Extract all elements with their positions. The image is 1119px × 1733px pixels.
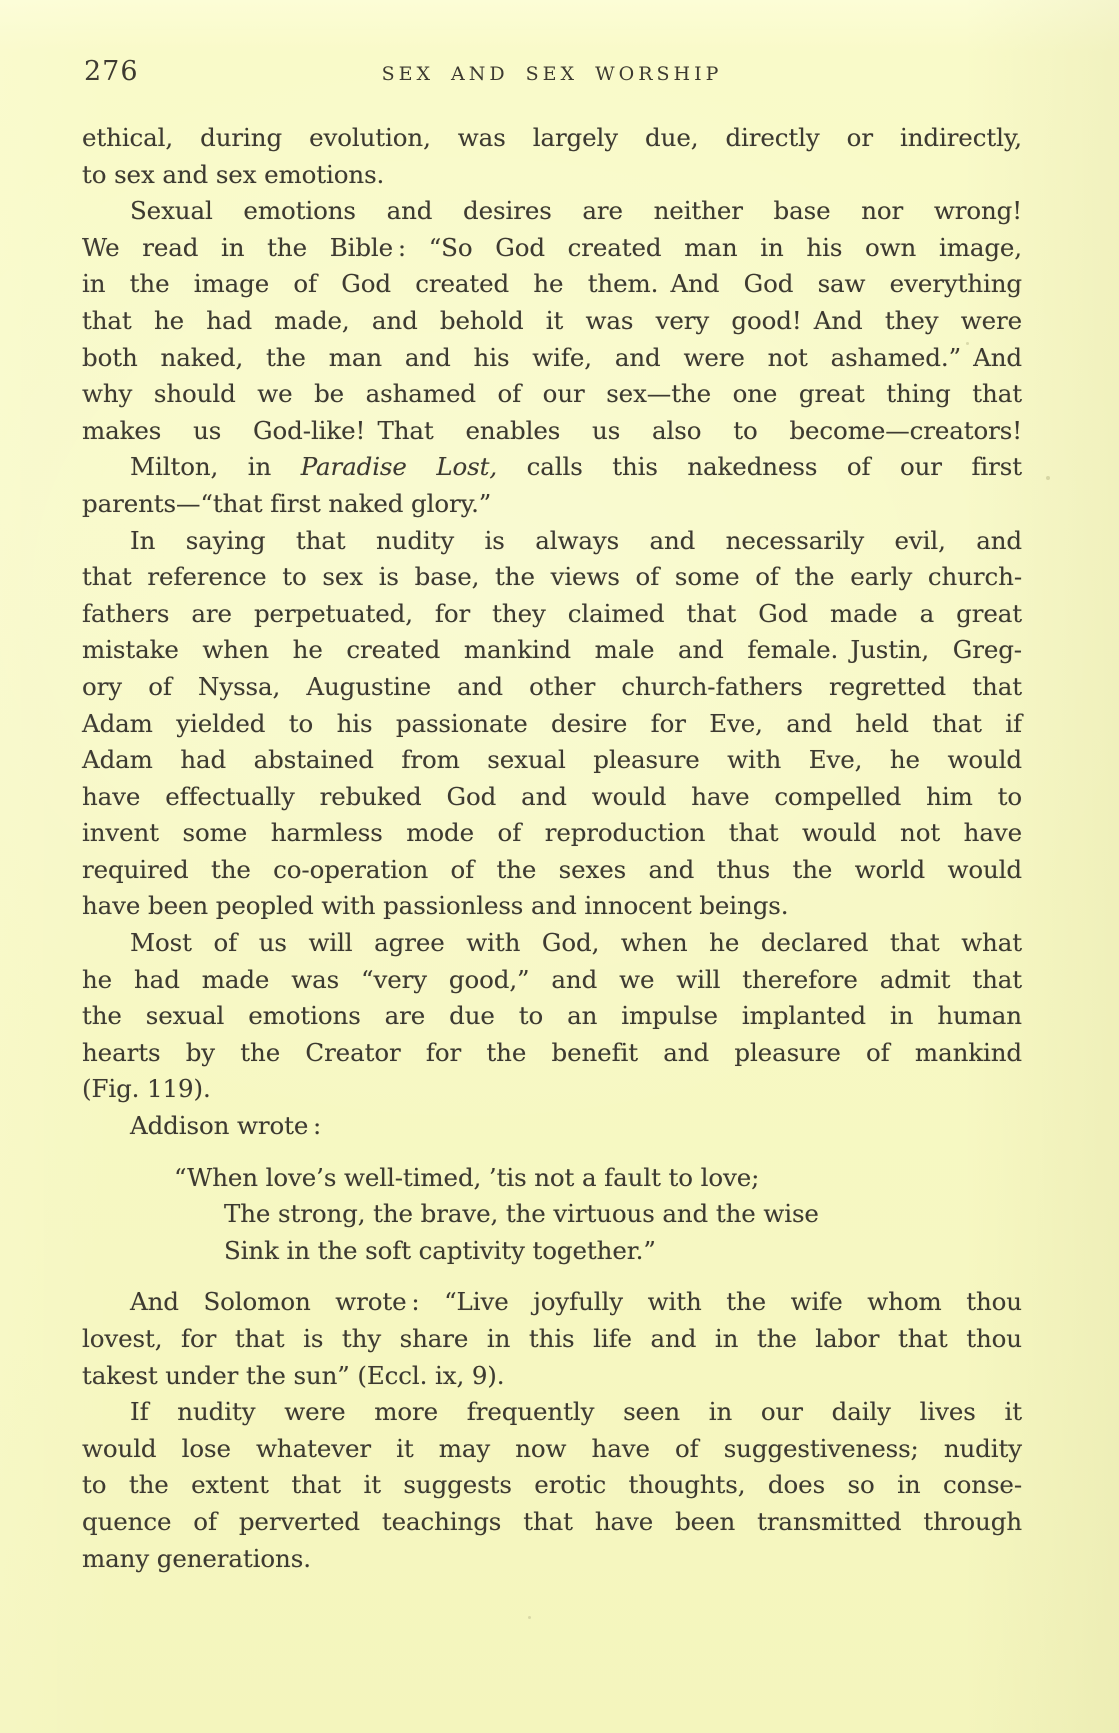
text-line: both naked, the man and his wife, and we… (82, 340, 1022, 377)
text-line: to the extent that it suggests erotic th… (82, 1467, 1022, 1504)
text-line: required the co-operation of the sexes a… (82, 852, 1022, 889)
text-segment: If nudity were more frequently seen in o… (130, 1397, 1022, 1426)
scan-speck (1046, 476, 1050, 480)
text-segment: The strong, the brave, the virtuous and … (224, 1199, 819, 1228)
text-segment: in the image of God created he them. And… (82, 269, 1022, 298)
text-line: We read in the Bible : “So God created m… (82, 230, 1022, 267)
text-line: Addison wrote : (82, 1108, 1022, 1145)
scan-speck (528, 1616, 531, 1619)
text-line: Most of us will agree with God, when he … (82, 925, 1022, 962)
text-segment: required the co-operation of the sexes a… (82, 855, 1022, 884)
text-segment: to sex and sex emotions. (82, 160, 384, 189)
text-line: many generations. (82, 1541, 1022, 1578)
text-segment: lovest, for that is thy share in this li… (82, 1324, 1022, 1353)
italic-text: Paradise Lost, (301, 452, 497, 481)
text-line: takest under the sun” (Eccl. ix, 9). (82, 1358, 1022, 1395)
text-segment: mistake when he created mankind male and… (82, 635, 1022, 664)
text-segment: Sexual emotions and desires are neither … (130, 196, 1022, 225)
text-line: parents—“that first naked glory.” (82, 486, 1022, 523)
text-line: have been peopled with passionless and i… (82, 888, 1022, 925)
text-line: In saying that nudity is always and nece… (82, 523, 1022, 560)
body-text: ethical, during evolution, was largely d… (82, 120, 1022, 1577)
text-line: Milton, in Paradise Lost, calls this nak… (82, 449, 1022, 486)
text-line: have effectually rebuked God and would h… (82, 779, 1022, 816)
text-segment: Most of us will agree with God, when he … (130, 928, 1022, 957)
text-segment: hearts by the Creator for the benefit an… (82, 1038, 1022, 1067)
text-line: ethical, during evolution, was largely d… (82, 120, 1022, 157)
text-line: (Fig. 119). (82, 1071, 1022, 1108)
text-line: quence of perverted teachings that have … (82, 1504, 1022, 1541)
text-line: And Solomon wrote : “Live joyfully with … (82, 1284, 1022, 1321)
text-segment: Milton, in (130, 452, 301, 481)
text-line: makes us God-like! That enables us also … (82, 413, 1022, 450)
text-segment: invent some harmless mode of reproductio… (82, 818, 1022, 847)
text-segment: We read in the Bible : “So God created m… (82, 233, 1022, 262)
text-segment: “When love’s well-timed, ’tis not a faul… (174, 1163, 759, 1192)
text-segment: ethical, during evolution, was largely d… (82, 123, 1022, 152)
text-line: Adam had abstained from sexual pleasure … (82, 742, 1022, 779)
text-line: hearts by the Creator for the benefit an… (82, 1035, 1022, 1072)
text-segment: ory of Nyssa, Augustine and other church… (82, 672, 1022, 701)
text-line: invent some harmless mode of reproductio… (82, 815, 1022, 852)
text-line: would lose whatever it may now have of s… (82, 1431, 1022, 1468)
text-segment: And Solomon wrote : “Live joyfully with … (130, 1287, 1022, 1316)
text-segment: that reference to sex is base, the views… (82, 562, 1022, 591)
text-segment: calls this nakedness of our first (497, 452, 1022, 481)
text-segment: parents—“that first naked glory.” (82, 489, 491, 518)
verse-line: “When love’s well-timed, ’tis not a faul… (82, 1160, 1022, 1197)
text-segment: fathers are perpetuated, for they claime… (82, 599, 1022, 628)
text-line: Sexual emotions and desires are neither … (82, 193, 1022, 230)
text-line: lovest, for that is thy share in this li… (82, 1321, 1022, 1358)
verse-line: The strong, the brave, the virtuous and … (82, 1196, 1022, 1233)
text-line: mistake when he created mankind male and… (82, 632, 1022, 669)
text-segment: quence of perverted teachings that have … (82, 1507, 1022, 1536)
book-page: 276 SEX AND SEX WORSHIP ethical, during … (0, 0, 1119, 1733)
text-segment: why should we be ashamed of our sex—the … (82, 379, 1022, 408)
text-line: he had made was “very good,” and we will… (82, 962, 1022, 999)
page-header: 276 SEX AND SEX WORSHIP (82, 56, 1022, 90)
text-segment: he had made was “very good,” and we will… (82, 965, 1022, 994)
text-line: that reference to sex is base, the views… (82, 559, 1022, 596)
text-line: to sex and sex emotions. (82, 157, 1022, 194)
text-line: that he had made, and behold it was very… (82, 303, 1022, 340)
text-segment: have effectually rebuked God and would h… (82, 782, 1022, 811)
verse-line: Sink in the soft captivity together.” (82, 1233, 1022, 1270)
text-segment: both naked, the man and his wife, and we… (82, 343, 1022, 372)
text-segment: Addison wrote : (130, 1111, 321, 1140)
text-line: the sexual emotions are due to an impuls… (82, 998, 1022, 1035)
text-segment: makes us God-like! That enables us also … (82, 416, 1022, 445)
text-segment: that he had made, and behold it was very… (82, 306, 1022, 335)
text-segment: to the extent that it suggests erotic th… (82, 1470, 1022, 1499)
text-segment: Adam yielded to his passionate desire fo… (82, 709, 1022, 738)
text-segment: Adam had abstained from sexual pleasure … (82, 745, 1022, 774)
text-line: in the image of God created he them. And… (82, 266, 1022, 303)
running-header: SEX AND SEX WORSHIP (82, 63, 1022, 85)
text-line: If nudity were more frequently seen in o… (82, 1394, 1022, 1431)
text-segment: (Fig. 119). (82, 1074, 211, 1103)
text-line: fathers are perpetuated, for they claime… (82, 596, 1022, 633)
text-line: why should we be ashamed of our sex—the … (82, 376, 1022, 413)
text-line: Adam yielded to his passionate desire fo… (82, 706, 1022, 743)
text-line: ory of Nyssa, Augustine and other church… (82, 669, 1022, 706)
text-segment: takest under the sun” (Eccl. ix, 9). (82, 1361, 504, 1390)
page-content: 276 SEX AND SEX WORSHIP ethical, during … (82, 56, 1022, 1577)
text-segment: would lose whatever it may now have of s… (82, 1434, 1022, 1463)
text-segment: many generations. (82, 1544, 311, 1573)
text-segment: Sink in the soft captivity together.” (224, 1236, 656, 1265)
text-segment: have been peopled with passionless and i… (82, 891, 788, 920)
text-segment: the sexual emotions are due to an impuls… (82, 1001, 1022, 1030)
text-segment: In saying that nudity is always and nece… (130, 526, 1022, 555)
